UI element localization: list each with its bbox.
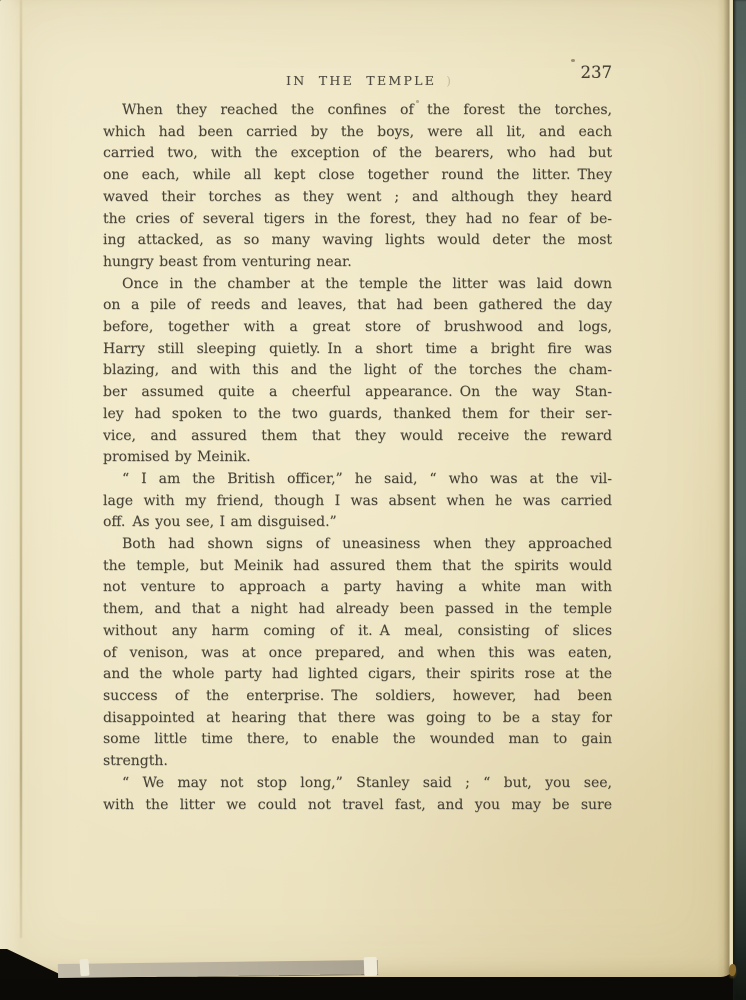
page-number: 237 xyxy=(581,63,613,82)
text-line: hungry beast from venturing near. xyxy=(103,252,612,274)
text-line: Once in the chamber at the temple the li… xyxy=(103,274,612,296)
text-line: Both had shown signs of uneasiness when … xyxy=(103,534,612,556)
page-stack-tab-right xyxy=(364,957,378,976)
paragraph: “ I am the British officer,” he said, “ … xyxy=(103,469,612,534)
paragraph: Both had shown signs of uneasiness when … xyxy=(103,534,612,773)
book-page: IN THE TEMPLE ) 237 When they reached th… xyxy=(0,0,735,977)
text-line: which had been carried by the boys, were… xyxy=(103,122,612,144)
text-line: and the whole party had lighted cigars, … xyxy=(103,664,612,686)
text-line: lage with my friend, though I was absent… xyxy=(103,491,612,513)
page-gutter-crease xyxy=(20,0,22,938)
text-line: Harry still sleeping quietly. In a short… xyxy=(103,339,612,361)
text-line: strength. xyxy=(103,751,612,773)
page-body-text: When they reached the confines of the fo… xyxy=(103,100,612,816)
text-line: with the litter we could not travel fast… xyxy=(103,795,612,817)
paragraph: When they reached the confines of the fo… xyxy=(103,100,612,274)
text-line: not venture to approach a party having a… xyxy=(103,577,612,599)
header-title-wrap: IN THE TEMPLE ) xyxy=(286,70,451,89)
print-ghost-mark: ) xyxy=(446,74,451,88)
text-line: “ I am the British officer,” he said, “ … xyxy=(103,469,612,491)
text-line: them, and that a night had already been … xyxy=(103,599,612,621)
text-line: vice, and assured them that they would r… xyxy=(103,426,612,448)
text-line: the temple, but Meinik had assured them … xyxy=(103,556,612,578)
paragraph: Once in the chamber at the temple the li… xyxy=(103,274,612,469)
text-line: success of the enterprise. The soldiers,… xyxy=(103,686,612,708)
text-line: waved their torches as they went ; and a… xyxy=(103,187,612,209)
book-scan: IN THE TEMPLE ) 237 When they reached th… xyxy=(0,0,746,1000)
text-line: before, together with a great store of b… xyxy=(103,317,612,339)
text-line: disappointed at hearing that there was g… xyxy=(103,708,612,730)
text-line: off. As you see, I am disguised.” xyxy=(103,512,612,534)
paper-speck xyxy=(571,59,575,62)
text-line: When they reached the confines of the fo… xyxy=(103,100,612,122)
text-line: ing attacked, as so many waving lights w… xyxy=(103,230,612,252)
text-line: some little time there, to enable the wo… xyxy=(103,729,612,751)
text-line: on a pile of reeds and leaves, that had … xyxy=(103,295,612,317)
chapter-running-title: IN THE TEMPLE xyxy=(286,73,436,88)
gutter-highlight xyxy=(0,0,20,977)
text-line: the cries of several tigers in the fores… xyxy=(103,209,612,231)
paper-speck xyxy=(416,100,419,103)
text-line: without any harm coming of it. A meal, c… xyxy=(103,621,612,643)
page-stack-tab-left xyxy=(79,959,89,977)
paragraph: “ We may not stop long,” Stanley said ; … xyxy=(103,773,612,816)
text-line: one each, while all kept close together … xyxy=(103,165,612,187)
book-cover-edge xyxy=(733,0,746,1000)
cover-wear-mark xyxy=(729,964,736,976)
text-line: ley had spoken to the two guards, thanke… xyxy=(103,404,612,426)
text-line: of venison, was at once prepared, and wh… xyxy=(103,643,612,665)
text-line: ber assumed quite a cheerful appearance.… xyxy=(103,382,612,404)
text-line: blazing, and with this and the light of … xyxy=(103,360,612,382)
text-line: carried two, with the exception of the b… xyxy=(103,143,612,165)
running-header: IN THE TEMPLE ) 237 xyxy=(103,63,612,87)
text-line: promised by Meinik. xyxy=(103,447,612,469)
text-line: “ We may not stop long,” Stanley said ; … xyxy=(103,773,612,795)
